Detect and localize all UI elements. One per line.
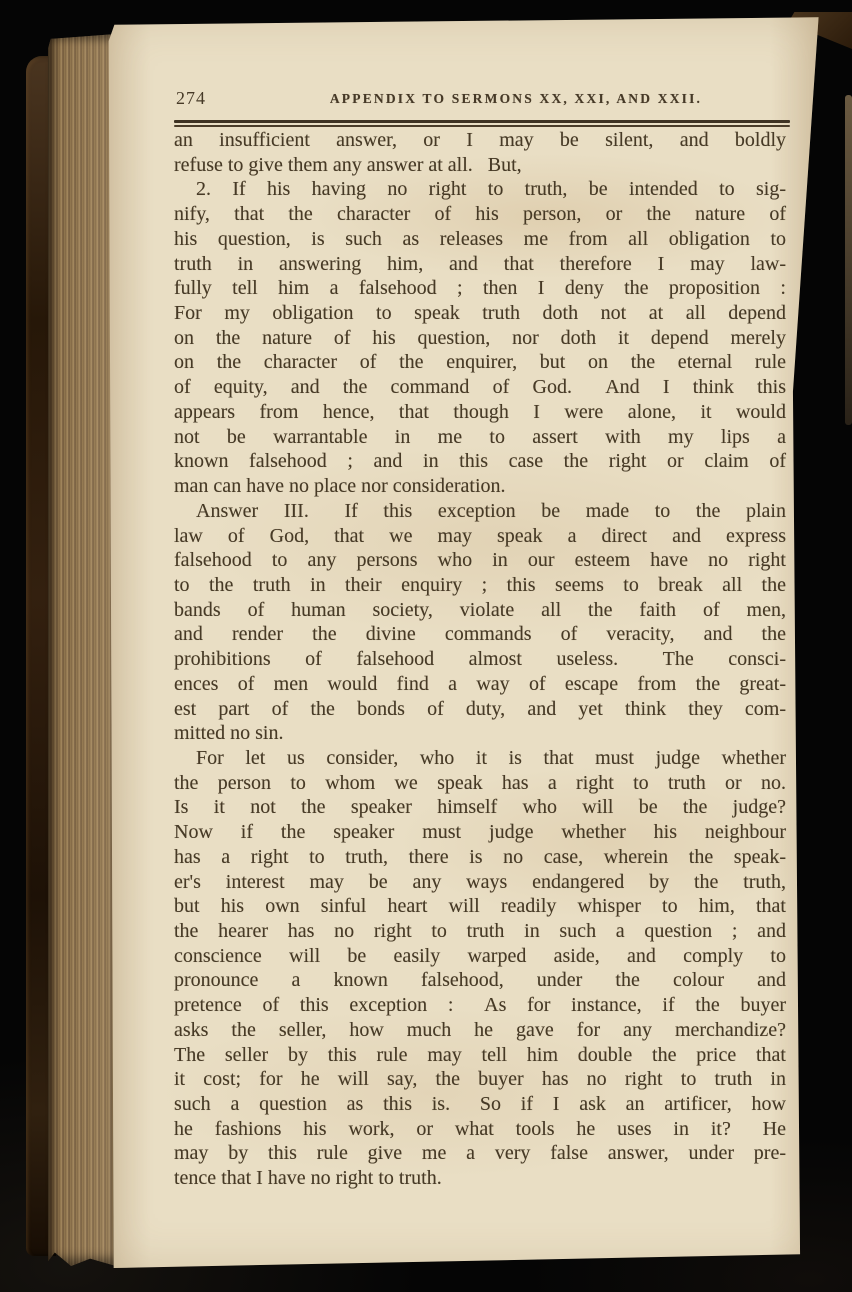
page-number: 274 [176,88,206,109]
text-line: the person to whom we speak has a right … [174,771,786,796]
book-page: 274 APPENDIX TO SERMONS XX, XXI, AND XXI… [108,16,820,1268]
text-line: man can have no place nor consideration. [174,474,786,499]
text-line: ences of men would find a way of escape … [174,672,786,697]
page-block-fore-edge [48,34,116,1266]
text-line: asks the seller, how much he gave for an… [174,1018,786,1043]
text-line: such a question as this is. So if I ask … [174,1092,786,1117]
page-edge-sliver [845,95,852,425]
text-line: fully tell him a falsehood ; then I deny… [174,276,786,301]
text-line: pretence of this exception : As for inst… [174,993,786,1018]
text-line: of equity, and the command of God. And I… [174,375,786,400]
photo-background: 274 APPENDIX TO SERMONS XX, XXI, AND XXI… [0,0,852,1292]
text-line: For my obligation to speak truth doth no… [174,301,786,326]
text-line: tence that I have no right to truth. [174,1166,786,1191]
text-line: falsehood to any persons who in our este… [174,548,786,573]
text-line: on the character of the enquirer, but on… [174,350,786,375]
text-line: refuse to give them any answer at all. B… [174,153,786,178]
body-text: an insufficient answer, or I may be sile… [174,128,786,1191]
text-line: on the nature of his question, nor doth … [174,326,786,351]
page-header: 274 APPENDIX TO SERMONS XX, XXI, AND XXI… [174,88,788,112]
text-line: not be warrantable in me to assert with … [174,425,786,450]
text-line: Is it not the speaker himself who will b… [174,795,786,820]
text-line: and render the divine commands of veraci… [174,622,786,647]
text-line: to the truth in their enquiry ; this see… [174,573,786,598]
text-line: conscience will be easily warped aside, … [174,944,786,969]
text-line: an insufficient answer, or I may be sile… [174,128,786,153]
header-rule-thick [174,120,790,123]
text-line: The seller by this rule may tell him dou… [174,1043,786,1068]
text-line: his question, is such as releases me fro… [174,227,786,252]
text-line: truth in answering him, and that therefo… [174,252,786,277]
header-rule [174,120,790,127]
text-line: mitted no sin. [174,721,786,746]
text-line: bands of human society, violate all the … [174,598,786,623]
text-line: pronounce a known falsehood, under the c… [174,968,786,993]
text-line: appears from hence, that though I were a… [174,400,786,425]
text-line: law of God, that we may speak a direct a… [174,524,786,549]
text-line: est part of the bonds of duty, and yet t… [174,697,786,722]
header-rule-thin [174,125,790,126]
text-line: but his own sinful heart will readily wh… [174,894,786,919]
text-line: er's interest may be any ways endangered… [174,870,786,895]
text-line: Answer III. If this exception be made to… [174,499,786,524]
text-line: may by this rule give me a very false an… [174,1141,786,1166]
text-line: Now if the speaker must judge whether hi… [174,820,786,845]
text-line: he fashions his work, or what tools he u… [174,1117,786,1142]
text-line: it cost; for he will say, the buyer has … [174,1067,786,1092]
text-line: 2. If his having no right to truth, be i… [174,177,786,202]
text-line: prohibitions of falsehood almost useless… [174,647,786,672]
text-line: has a right to truth, there is no case, … [174,845,786,870]
text-line: the hearer has no right to truth in such… [174,919,786,944]
text-line: known falsehood ; and in this case the r… [174,449,786,474]
text-line: For let us consider, who it is that must… [174,746,786,771]
running-title: APPENDIX TO SERMONS XX, XXI, AND XXII. [244,91,788,107]
text-line: nify, that the character of his person, … [174,202,786,227]
